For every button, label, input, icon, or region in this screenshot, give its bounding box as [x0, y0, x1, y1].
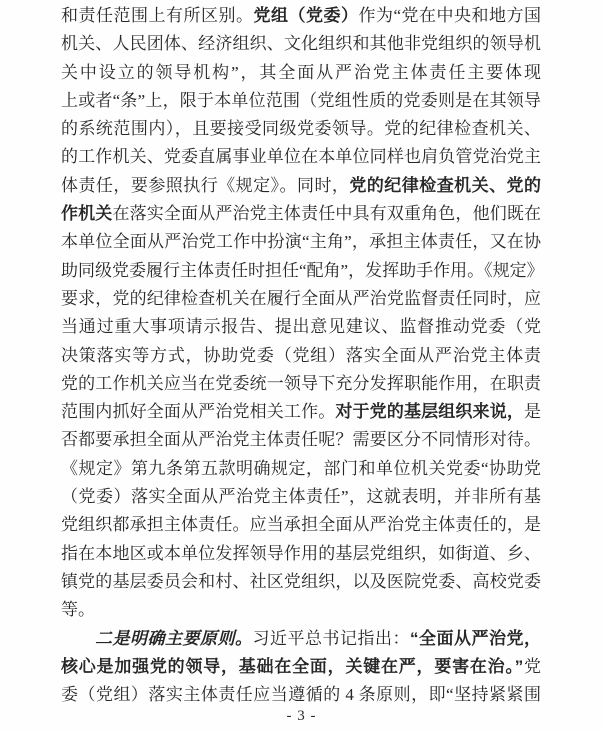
body-text: 《规定》第九条第五款明确规定，部门和单位机关党委“协助党组 — [61, 459, 541, 483]
body-text: 在落实全面从严治党主体责任中具有双重角色，他们既在 — [112, 204, 541, 223]
body-text: 委（党组）落实主体责任应当遵循的 4 条原则，即“坚持紧紧围绕 — [61, 685, 541, 709]
bold-emphasis-text: 作机关 — [61, 204, 112, 223]
body-text: 上或者“条”上，限于本单位范围（党组性质的党委则是在其领导 — [61, 91, 541, 110]
body-text: 体责任，要参照执行《规定》。同时， — [61, 176, 349, 195]
body-text: 指在本地区或本单位发挥领导作用的基层党组织，如街道、乡、 — [61, 544, 541, 563]
body-text: 是 — [524, 402, 541, 421]
text-line: 关中设立的领导机构”，其全面从严治党主体责任主要体现在“点” — [61, 59, 541, 87]
text-line: 指在本地区或本单位发挥领导作用的基层党组织，如街道、乡、 — [61, 540, 541, 568]
text-line: 上或者“条”上，限于本单位范围（党组性质的党委则是在其领导 — [61, 87, 541, 115]
text-line: 机关、人民团体、经济组织、文化组织和其他非党组织的领导机 — [61, 30, 541, 58]
text-line: 要求，党的纪律检查机关在履行全面从严治党监督责任同时，应 — [61, 285, 541, 313]
body-text: （党委）落实全面从严治党主体责任”，这就表明，并非所有基层 — [61, 487, 541, 511]
body-text: 习近平总书记指出： — [253, 629, 411, 648]
text-line: （党委）落实全面从严治党主体责任”，这就表明，并非所有基层 — [61, 483, 541, 511]
text-line: 体责任，要参照执行《规定》。同时，党的纪律检查机关、党的工 — [61, 172, 541, 200]
text-line: 镇党的基层委员会和村、社区党组织，以及医院党委、高校党委 — [61, 568, 541, 596]
text-line: 本单位全面从严治党工作中扮演“主角”，承担主体责任，又在协 — [61, 228, 541, 256]
text-line: 范围内抓好全面从严治党相关工作。对于党的基层组织来说，是 — [61, 398, 541, 426]
text-line: 和责任范围上有所区别。党组（党委）作为“党在中央和地方国家 — [61, 2, 541, 30]
body-text: 本单位全面从严治党工作中扮演“主角”，承担主体责任，又在协 — [61, 232, 541, 251]
text-line: 否都要承担全面从严治党主体责任呢？需要区分不同情形对待。 — [61, 426, 541, 454]
body-text: 的工作机关、党委直属事业单位在本单位同样也肩负管党治党主 — [61, 147, 541, 166]
body-text: 否都要承担全面从严治党主体责任呢？需要区分不同情形对待。 — [61, 430, 541, 449]
body-text: 助同级党委履行主体责任时担任“配角”，发挥助手作用。《规定》 — [61, 261, 541, 280]
text-line: 当通过重大事项请示报告、提出意见建议、监督推动党委（党组） — [61, 313, 541, 341]
body-text: 镇党的基层委员会和村、社区党组织，以及医院党委、高校党委 — [61, 572, 541, 591]
text-line: 的系统范围内），且要接受同级党委领导。党的纪律检查机关、党 — [61, 115, 541, 143]
text-line: 助同级党委履行主体责任时担任“配角”，发挥助手作用。《规定》 — [61, 257, 541, 285]
text-line: 的工作机关、党委直属事业单位在本单位同样也肩负管党治党主 — [61, 143, 541, 171]
body-text: 党的工作机关应当在党委统一领导下充分发挥职能作用，在职责 — [61, 374, 541, 393]
text-line: 《规定》第九条第五款明确规定，部门和单位机关党委“协助党组 — [61, 455, 541, 483]
bold-emphasis-text: 对于党的基层组织来说， — [335, 402, 524, 421]
body-text-block: 和责任范围上有所区别。党组（党委）作为“党在中央和地方国家机关、人民团体、经济组… — [61, 2, 541, 709]
body-text: 党组织都承担主体责任。应当承担全面从严治党主体责任的，是 — [61, 515, 541, 534]
text-line: 作机关在落实全面从严治党主体责任中具有双重角色，他们既在 — [61, 200, 541, 228]
body-text: 党 — [523, 657, 541, 676]
body-text: 的系统范围内），且要接受同级党委领导。党的纪律检查机关、党 — [61, 119, 541, 143]
body-text: 关中设立的领导机构”，其全面从严治党主体责任主要体现在“点” — [61, 63, 541, 87]
text-line: 党组织都承担主体责任。应当承担全面从严治党主体责任的，是 — [61, 511, 541, 539]
lead-phrase-text: 二是明确主要原则。 — [95, 629, 253, 648]
text-line: 等。 — [61, 596, 541, 624]
body-text: 要求，党的纪律检查机关在履行全面从严治党监督责任同时，应 — [61, 289, 541, 308]
body-text: 当通过重大事项请示报告、提出意见建议、监督推动党委（党组） — [61, 317, 541, 341]
text-line: 核心是加强党的领导，基础在全面，关键在严，要害在治。”党 — [61, 653, 541, 681]
body-text: 等。 — [61, 600, 95, 619]
document-page: 和责任范围上有所区别。党组（党委）作为“党在中央和地方国家机关、人民团体、经济组… — [0, 0, 603, 730]
bold-emphasis-text: 党组（党委） — [253, 6, 358, 25]
text-line: 党的工作机关应当在党委统一领导下充分发挥职能作用，在职责 — [61, 370, 541, 398]
body-text: 和责任范围上有所区别。 — [61, 6, 253, 25]
text-line: 委（党组）落实主体责任应当遵循的 4 条原则，即“坚持紧紧围绕 — [61, 681, 541, 709]
bold-emphasis-text: “全面从严治党， — [410, 629, 541, 648]
text-line: 决策落实等方式，协助党委（党组）落实全面从严治党主体责任； — [61, 342, 541, 370]
text-line: 二是明确主要原则。习近平总书记指出：“全面从严治党， — [61, 625, 541, 653]
page-number: - 3 - — [0, 708, 603, 725]
bold-emphasis-text: 核心是加强党的领导，基础在全面，关键在严，要害在治。” — [61, 657, 523, 676]
body-text: 决策落实等方式，协助党委（党组）落实全面从严治党主体责任； — [61, 346, 541, 370]
body-text: 范围内抓好全面从严治党相关工作。 — [61, 402, 335, 421]
body-text: 机关、人民团体、经济组织、文化组织和其他非党组织的领导机 — [61, 34, 541, 53]
